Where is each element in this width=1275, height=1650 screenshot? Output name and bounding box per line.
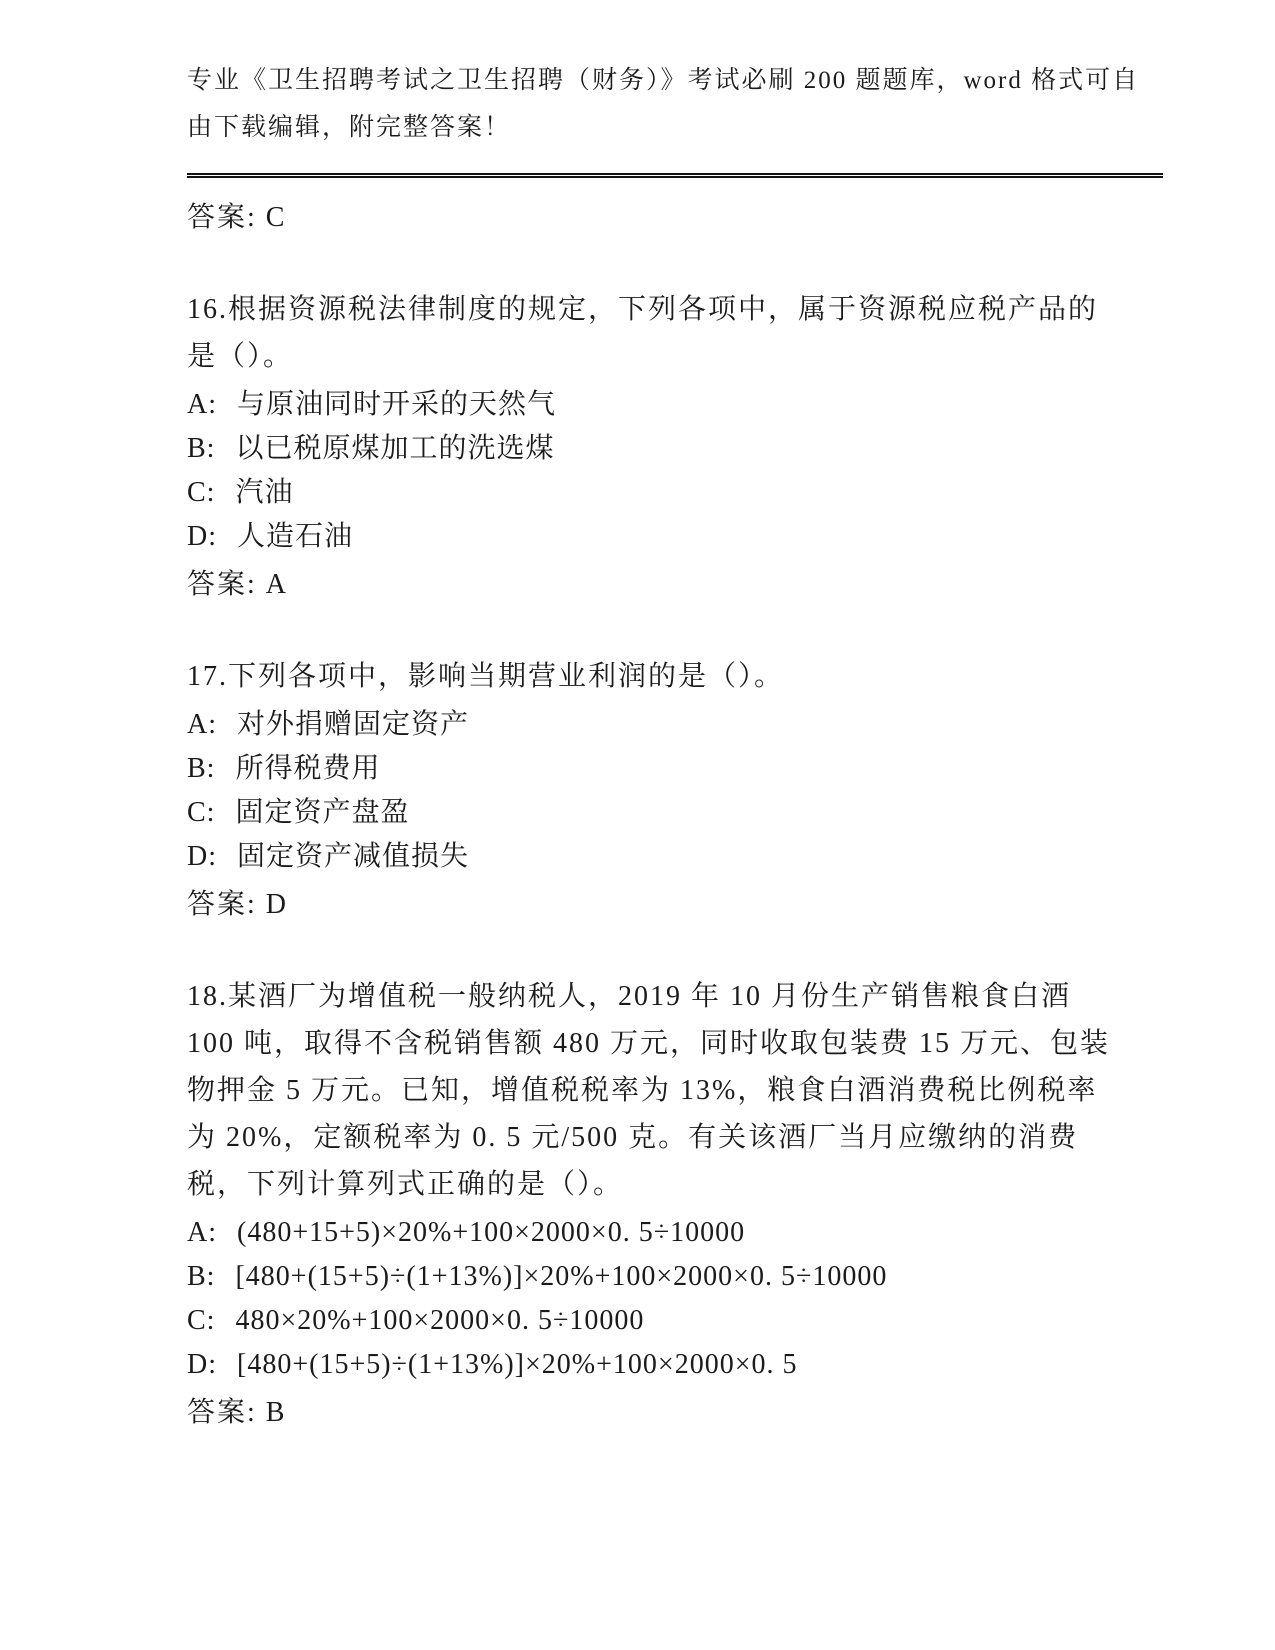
option-a: A:与原油同时开采的天然气 [187, 383, 1100, 427]
option-b-label: B: [187, 1255, 215, 1299]
document-body: 答案: C 16.根据资源税法律制度的规定，下列各项中，属于资源税应税产品的 是… [187, 194, 1163, 1436]
question-16-options: A:与原油同时开采的天然气 B:以已税原煤加工的洗选煤 C:汽油 D:人造石油 [187, 383, 1100, 559]
question-17-options: A:对外捐赠固定资产 B:所得税费用 C:固定资产盘盈 D:固定资产减值损失 [187, 703, 1100, 879]
option-d-label: D: [187, 835, 217, 879]
option-a: A:(480+15+5)×20%+100×2000×0. 5÷10000 [187, 1211, 1100, 1255]
question-17-text-line-1: 17.下列各项中，影响当期营业利润的是（）。 [187, 653, 1100, 700]
option-b: B:[480+(15+5)÷(1+13%)]×20%+100×2000×0. 5… [187, 1255, 1100, 1299]
option-d: D:[480+(15+5)÷(1+13%)]×20%+100×2000×0. 5 [187, 1343, 1100, 1387]
question-18-text-line-3: 物押金 5 万元。已知，增值税税率为 13%，粮食白酒消费税比例税率 [187, 1067, 1100, 1114]
question-16-answer: 答案: A [187, 561, 1100, 608]
option-c: C:480×20%+100×2000×0. 5÷10000 [187, 1299, 1100, 1343]
question-16-text-line-2: 是（）。 [187, 333, 1100, 380]
option-b: B:所得税费用 [187, 747, 1100, 791]
option-d: D:人造石油 [187, 515, 1100, 559]
option-d-formula: [480+(15+5)÷(1+13%)]×20%+100×2000×0. 5 [237, 1349, 798, 1380]
option-a-label: A: [187, 383, 217, 427]
option-b-formula: [480+(15+5)÷(1+13%)]×20%+100×2000×0. 5÷1… [235, 1261, 887, 1292]
option-d: D:固定资产减值损失 [187, 835, 1100, 879]
option-d-text: 人造石油 [237, 521, 353, 552]
question-18-text-line-2: 100 吨，取得不含税销售额 480 万元，同时收取包装费 15 万元、包装 [187, 1020, 1100, 1067]
question-18-options: A:(480+15+5)×20%+100×2000×0. 5÷10000 B:[… [187, 1211, 1100, 1387]
question-17-answer: 答案: D [187, 881, 1100, 928]
header-line-1: 专业《卫生招聘考试之卫生招聘（财务）》考试必刷 200 题题库，word 格式可… [187, 57, 1163, 104]
option-c: C:固定资产盘盈 [187, 791, 1100, 835]
page-header: 专业《卫生招聘考试之卫生招聘（财务）》考试必刷 200 题题库，word 格式可… [187, 57, 1163, 178]
option-a-label: A: [187, 703, 217, 747]
option-c-text: 固定资产盘盈 [235, 797, 409, 828]
option-c-formula: 480×20%+100×2000×0. 5÷10000 [235, 1305, 644, 1336]
header-line-2: 由下载编辑，附完整答案！ [187, 104, 1163, 151]
question-18: 18.某酒厂为增值税一般纳税人，2019 年 10 月份生产销售粮食白酒 100… [187, 973, 1100, 1436]
option-c-label: C: [187, 791, 215, 835]
option-d-text: 固定资产减值损失 [237, 841, 469, 872]
option-b-label: B: [187, 427, 215, 471]
option-a-text: 对外捐赠固定资产 [237, 709, 469, 740]
option-c-label: C: [187, 1299, 215, 1343]
option-a: A:对外捐赠固定资产 [187, 703, 1100, 747]
question-18-text-line-4: 为 20%，定额税率为 0. 5 元/500 克。有关该酒厂当月应缴纳的消费 [187, 1114, 1100, 1161]
option-c: C:汽油 [187, 471, 1100, 515]
previous-question-answer: 答案: C [187, 194, 1100, 241]
option-a-formula: (480+15+5)×20%+100×2000×0. 5÷10000 [237, 1217, 745, 1248]
option-b-text: 以已税原煤加工的洗选煤 [235, 433, 554, 464]
question-18-answer: 答案: B [187, 1389, 1100, 1436]
option-d-label: D: [187, 1343, 217, 1387]
option-c-text: 汽油 [235, 477, 293, 508]
question-16: 16.根据资源税法律制度的规定，下列各项中，属于资源税应税产品的 是（）。 A:… [187, 286, 1100, 608]
option-b-label: B: [187, 747, 215, 791]
question-17: 17.下列各项中，影响当期营业利润的是（）。 A:对外捐赠固定资产 B:所得税费… [187, 653, 1100, 928]
option-b-text: 所得税费用 [235, 753, 380, 784]
option-c-label: C: [187, 471, 215, 515]
question-16-text-line-1: 16.根据资源税法律制度的规定，下列各项中，属于资源税应税产品的 [187, 286, 1100, 333]
option-a-label: A: [187, 1211, 217, 1255]
option-d-label: D: [187, 515, 217, 559]
question-18-text-line-1: 18.某酒厂为增值税一般纳税人，2019 年 10 月份生产销售粮食白酒 [187, 973, 1100, 1020]
question-18-text-line-5: 税，下列计算列式正确的是（）。 [187, 1161, 1100, 1208]
option-a-text: 与原油同时开采的天然气 [237, 389, 556, 420]
option-b: B:以已税原煤加工的洗选煤 [187, 427, 1100, 471]
document-page: 专业《卫生招聘考试之卫生招聘（财务）》考试必刷 200 题题库，word 格式可… [0, 0, 1275, 1650]
